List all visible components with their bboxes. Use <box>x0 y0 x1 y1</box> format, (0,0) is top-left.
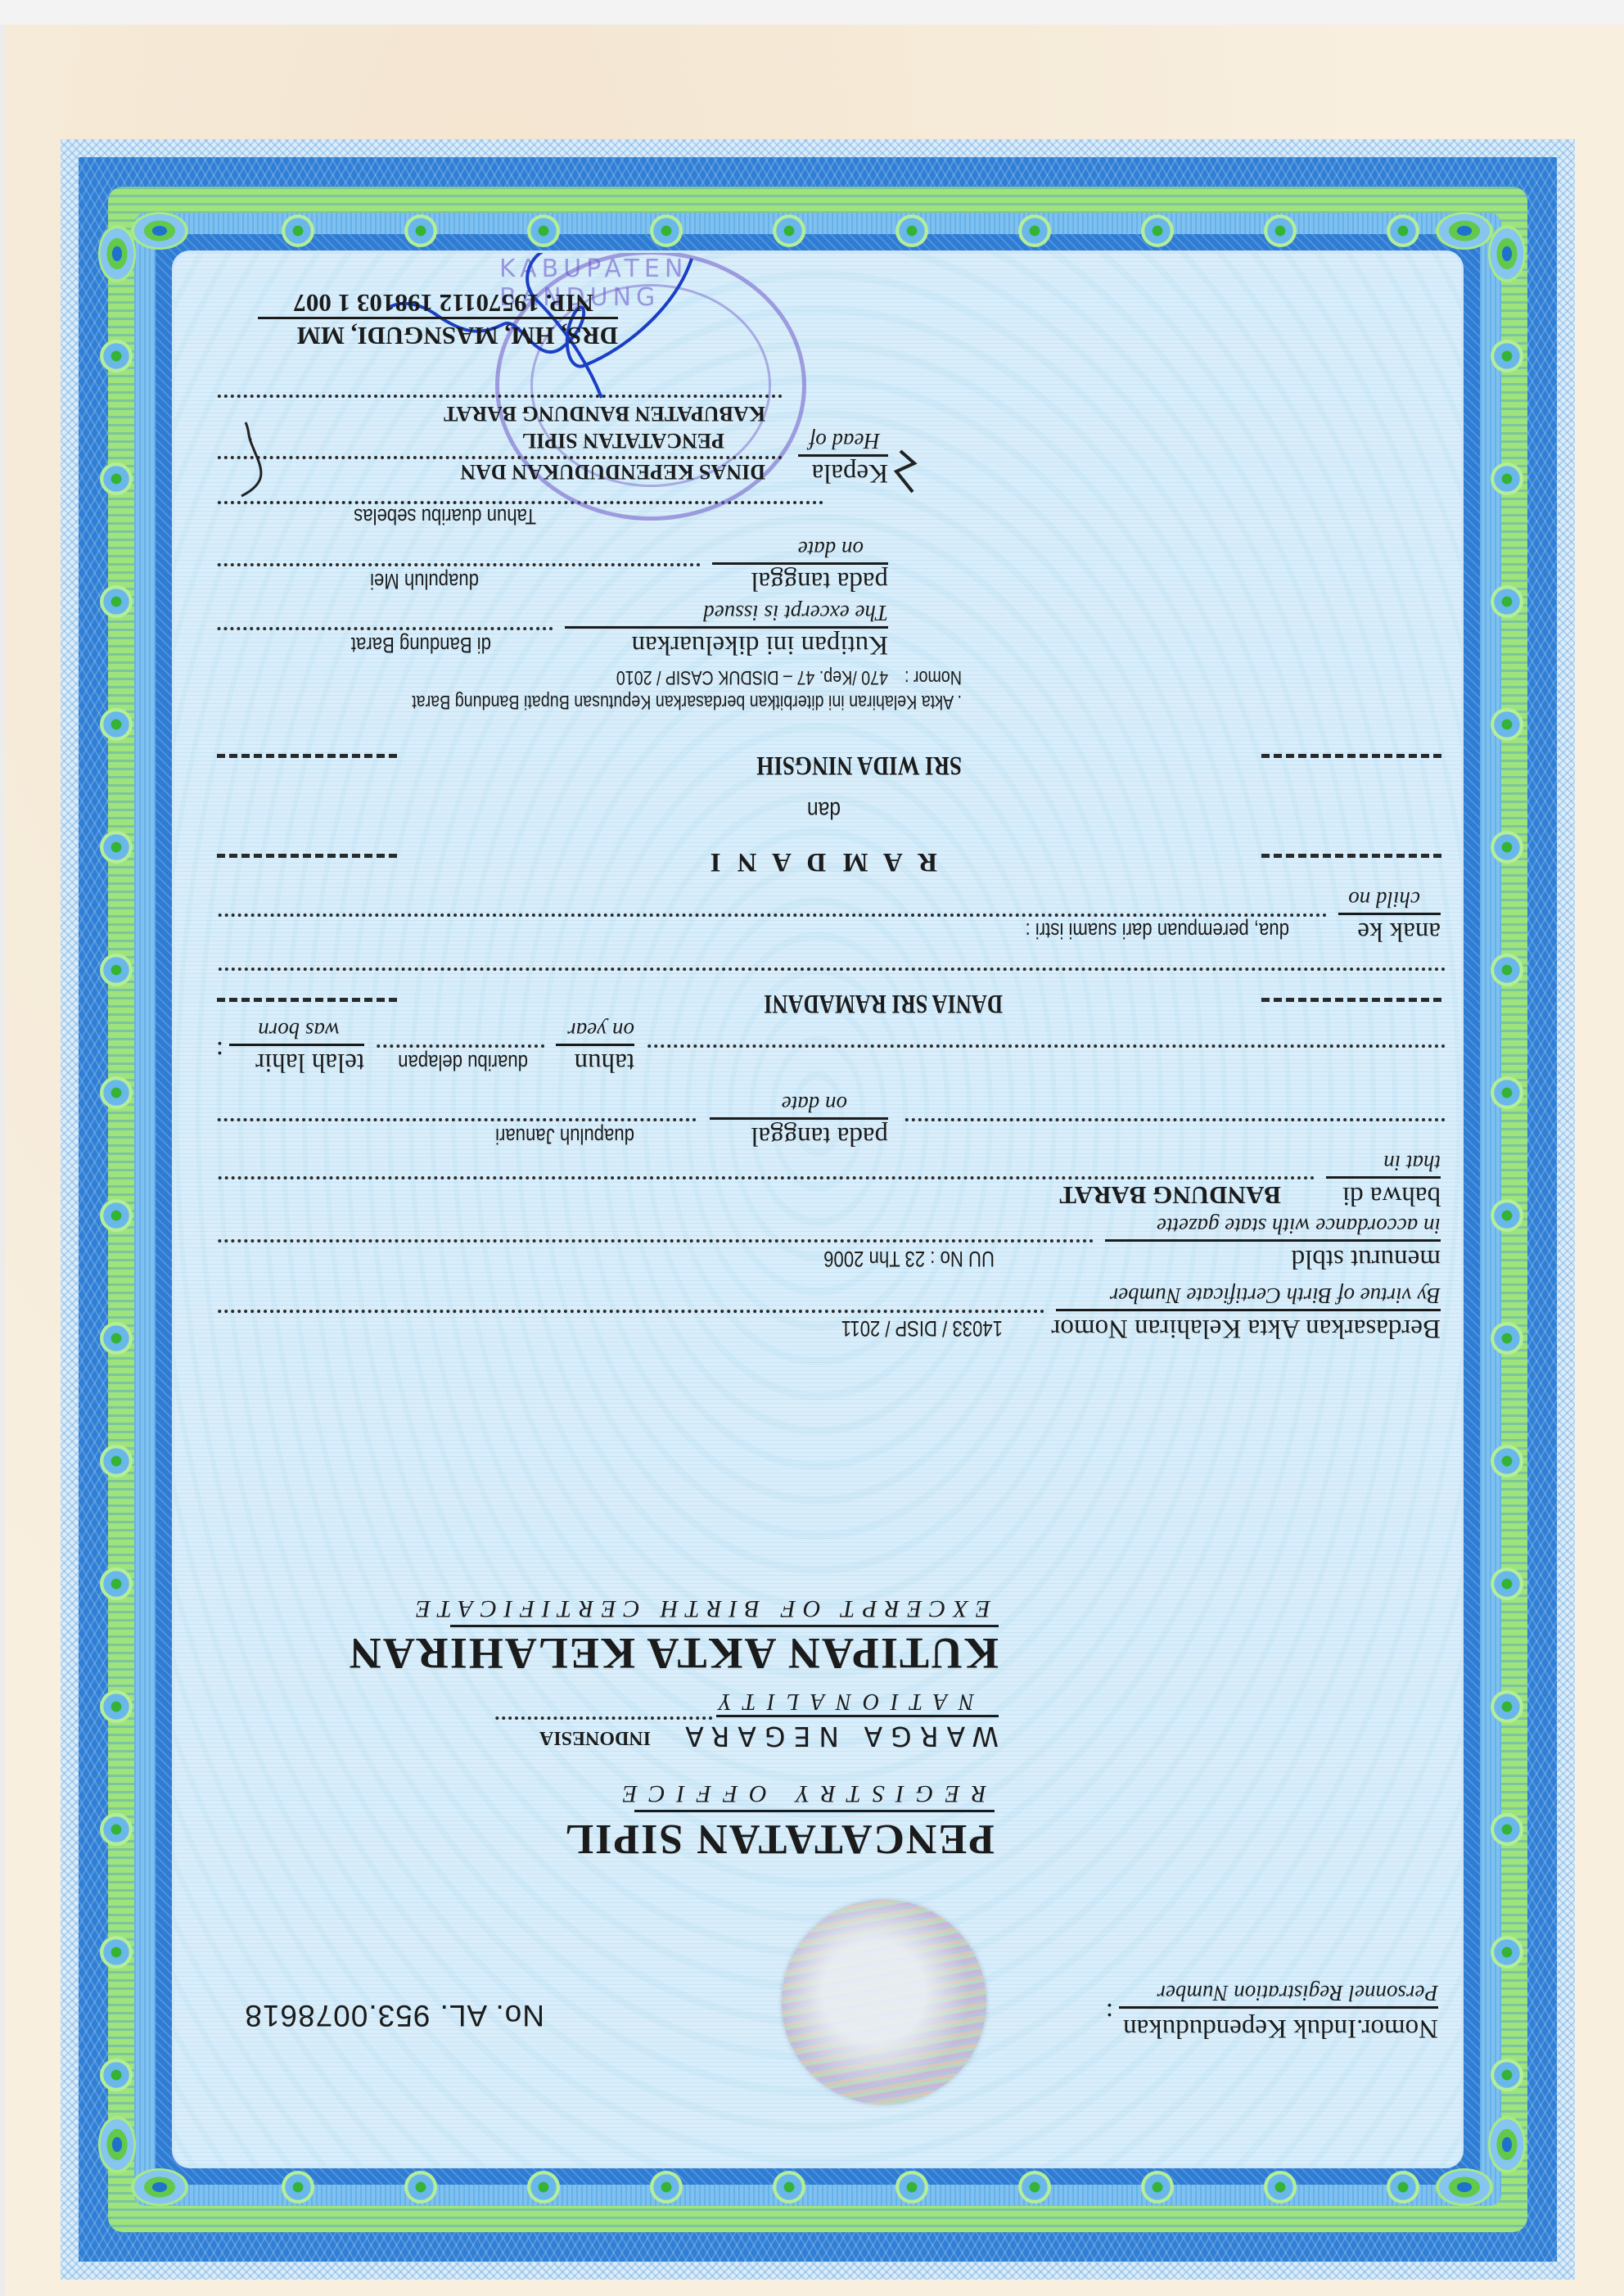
year-label-en: on year <box>567 1017 634 1043</box>
border-ornament-icon <box>100 340 133 372</box>
cert-number-underline <box>1056 1309 1441 1311</box>
border-ornament-icon <box>1491 2059 1523 2091</box>
corner-ornament-icon <box>131 212 188 250</box>
certificate-body: Nomor.Induk Kependudukan Personnel Regis… <box>172 250 1464 2168</box>
border-ornament-icon <box>282 214 314 247</box>
issued-date-value: duapuluh Mei <box>370 568 479 593</box>
border-ornament-icon <box>1264 214 1297 247</box>
border-ornament-icon <box>1491 462 1523 495</box>
border-ornament-icon <box>1018 214 1051 247</box>
border-ornament-icon <box>282 2171 314 2204</box>
registry-office-title-en: REGISTRY OFFICE <box>611 1780 986 1807</box>
birth-certificate: Nomor.Induk Kependudukan Personnel Regis… <box>0 0 1624 2296</box>
border-ornament-icon <box>1491 831 1523 864</box>
issued-date-label-en: on date <box>798 536 864 562</box>
decree-number-label: Nomor : <box>904 665 962 688</box>
corner-ornament-icon <box>1488 2116 1526 2173</box>
serial-number: No. AL. 953.0078618 <box>244 1998 544 2032</box>
border-ornament-icon <box>650 2171 683 2204</box>
mother-dashes-right <box>217 754 397 758</box>
border-ornament-icon <box>1141 214 1174 247</box>
date-label: pada tanggal <box>751 1121 888 1151</box>
signatory-title-underline <box>798 454 888 457</box>
title-underline <box>450 1625 999 1627</box>
nationality-underline <box>716 1715 999 1717</box>
gazette-value: UU No : 23 Thn 2006 <box>823 1246 995 1271</box>
cert-number-label-en: By virtue of Birth Certificate Number <box>1110 1283 1441 1308</box>
place-value: BANDUNG BARAT <box>1059 1180 1281 1210</box>
border-ornament-icon <box>1491 1322 1523 1355</box>
border-ornament-icon <box>1141 2171 1174 2204</box>
nationality-label-en: NATIONALITY <box>707 1688 974 1714</box>
gazette-label: menurut stbld <box>1292 1243 1441 1274</box>
border-ornament-icon <box>100 1936 133 1969</box>
nik-underline <box>1119 2006 1438 2009</box>
border-ornament-icon <box>1491 1936 1523 1969</box>
signatory-title-label-en: Head of <box>810 428 880 453</box>
issued-underline <box>565 626 888 629</box>
border-ornament-icon <box>773 2171 805 2204</box>
born-label-en: was born <box>258 1017 340 1043</box>
corner-ornament-icon <box>98 225 136 282</box>
border-ornament-icon <box>100 1322 133 1355</box>
date-underline <box>710 1117 888 1120</box>
border-ornament-icon <box>100 585 133 618</box>
nationality-label: WARGA NEGARA <box>677 1721 999 1752</box>
corner-ornament-icon <box>1436 2168 1493 2206</box>
registry-underline <box>634 1810 995 1812</box>
nik-colon: : <box>1106 1996 1113 2027</box>
border-ornament-icon <box>100 1445 133 1477</box>
born-underline <box>229 1044 364 1046</box>
issued-dotted-line <box>217 627 553 630</box>
issued-date-label: pada tanggal <box>751 566 888 596</box>
corner-ornament-icon <box>1488 225 1526 282</box>
mother-dashes-left <box>1261 754 1441 758</box>
document-title: KUTIPAN AKTA KELAHIRAN <box>348 1628 999 1679</box>
border-ornament-icon <box>1491 1445 1523 1477</box>
place-label-en: that in <box>1383 1150 1441 1175</box>
border-ornament-icon <box>100 831 133 864</box>
date-dotted-line-left <box>904 1118 1445 1121</box>
issued-date-dotted-line <box>217 563 700 566</box>
border-ornament-icon <box>1387 214 1419 247</box>
border-ornament-icon <box>1491 954 1523 986</box>
border-ornament-icon <box>100 1690 133 1723</box>
border-ornament-icon <box>895 2171 928 2204</box>
place-underline <box>1326 1176 1441 1179</box>
border-ornament-icon <box>100 1568 133 1600</box>
document-title-en: EXCERPT OF BIRTH CERTIFICATE <box>408 1595 990 1622</box>
year-underline <box>556 1044 634 1046</box>
nik-label: Nomor.Induk Kependudukan <box>1123 2013 1438 2043</box>
year-dotted-line <box>647 1044 1445 1048</box>
signatory-nip: NIP. 19570112 198103 1 007 <box>293 288 593 318</box>
father-name: R A M D A N I <box>706 846 937 877</box>
border-ornament-icon <box>100 462 133 495</box>
issued-label: Kutipan ini dikeluarkan <box>632 629 888 660</box>
conjunction: dan <box>807 796 841 823</box>
mother-name: SRI WIDA NINGSIH <box>756 750 962 780</box>
child-no-underline <box>1338 913 1441 915</box>
name-dashes-right <box>217 998 397 1002</box>
name-dashes-left <box>1261 998 1441 1002</box>
corner-ornament-icon <box>98 2116 136 2173</box>
border-ornament-icon <box>773 214 805 247</box>
born-dotted-line <box>377 1044 544 1048</box>
date-value: duapuluh Januari <box>495 1123 634 1148</box>
signatory-name: DRS, HM, MASNGUDI, MM <box>296 321 618 350</box>
cert-number-dotted-line <box>217 1310 1044 1313</box>
child-name-dotted-line <box>217 968 1445 971</box>
border-ornament-icon <box>404 2171 437 2204</box>
signatory-dotted-line-1 <box>217 456 782 459</box>
border-ornament-icon <box>1491 1813 1523 1846</box>
date-label-en: on date <box>782 1091 847 1116</box>
border-ornament-icon <box>100 1199 133 1232</box>
border-ornament-icon <box>895 214 928 247</box>
border-ornament-icon <box>1491 1568 1523 1600</box>
decree-text: . Akta Kelahiran ini diterbitkan berdasa… <box>412 690 962 713</box>
signatory-office-line1: DINAS KEPENDUDUKAN DAN <box>460 459 765 484</box>
year-value: duaribu delapan <box>398 1049 528 1075</box>
child-no-label: anak ke <box>1357 916 1441 946</box>
child-no-value: dua, perempuan dari suami istri : <box>1026 918 1289 943</box>
corner-ornament-icon <box>131 2168 188 2206</box>
nationality-value: INDONESIA <box>539 1726 651 1748</box>
born-colon: : <box>216 1035 223 1065</box>
border-ornament-icon <box>1491 1076 1523 1109</box>
issued-place: di Bandung Barat <box>351 632 491 657</box>
border-ornament-icon <box>1491 1199 1523 1232</box>
border-ornament-icon <box>100 954 133 986</box>
place-dotted-line <box>217 1176 1314 1180</box>
border-ornament-icon <box>650 214 683 247</box>
border-ornament-icon <box>100 2059 133 2091</box>
border-ornament-icon <box>100 708 133 741</box>
border-ornament-icon <box>527 2171 560 2204</box>
signatory-title-label: Kepala <box>812 458 888 488</box>
hologram-seal-icon <box>782 1900 986 2104</box>
place-label: bahwa di <box>1342 1180 1441 1211</box>
year-label: tahun <box>575 1047 634 1077</box>
corner-ornament-icon <box>1436 212 1493 250</box>
border-ornament-icon <box>1491 708 1523 741</box>
border-ornament-icon <box>100 1076 133 1109</box>
initial-mark-icon <box>888 447 921 496</box>
child-name: DANIA SRI RAMADANI <box>764 988 1003 1018</box>
gazette-underline <box>1105 1239 1441 1242</box>
paraf-mark-icon <box>233 414 282 504</box>
decree-number-value: 470 /Kep. 47 – DISDUK CASIP / 2010 <box>616 665 888 688</box>
border-ornament-icon <box>1491 340 1523 372</box>
child-no-label-en: child no <box>1348 886 1420 912</box>
signatory-office-line2: PENCATATAN SIPIL <box>522 428 724 453</box>
border-ornament-icon <box>100 1813 133 1846</box>
father-dashes-right <box>217 854 397 858</box>
nationality-dotted-line <box>495 1716 712 1720</box>
father-dashes-left <box>1261 854 1441 858</box>
border-ornament-icon <box>1491 585 1523 618</box>
border-ornament-icon <box>1387 2171 1419 2204</box>
issued-year-dotted-line <box>217 501 823 504</box>
border-ornament-icon <box>404 214 437 247</box>
issued-year-value: Tahun duaribu sebelas <box>354 503 536 529</box>
border-ornament-icon <box>1264 2171 1297 2204</box>
nik-label-en: Personnel Registration Number <box>1157 1980 1438 2005</box>
border-ornament-icon <box>1491 1690 1523 1723</box>
child-no-dotted-line <box>217 913 1326 917</box>
issued-label-en: The excerpt is issued <box>703 600 888 625</box>
registry-office-title: PENCATATAN SIPIL <box>563 1815 995 1863</box>
gazette-label-en: in accordance with state gazette <box>1157 1213 1441 1238</box>
border-ornament-icon <box>527 214 560 247</box>
cert-number-value: 14033 / DISP / 2011 <box>841 1315 1003 1341</box>
date-dotted-line-right <box>217 1118 696 1121</box>
issued-date-underline <box>712 562 888 565</box>
border-ornament-icon <box>1018 2171 1051 2204</box>
cert-number-label: Berdasarkan Akta Kelahiran Nomor <box>1051 1313 1441 1343</box>
born-label: telah lahir <box>255 1047 364 1077</box>
gazette-dotted-line <box>217 1239 1093 1243</box>
